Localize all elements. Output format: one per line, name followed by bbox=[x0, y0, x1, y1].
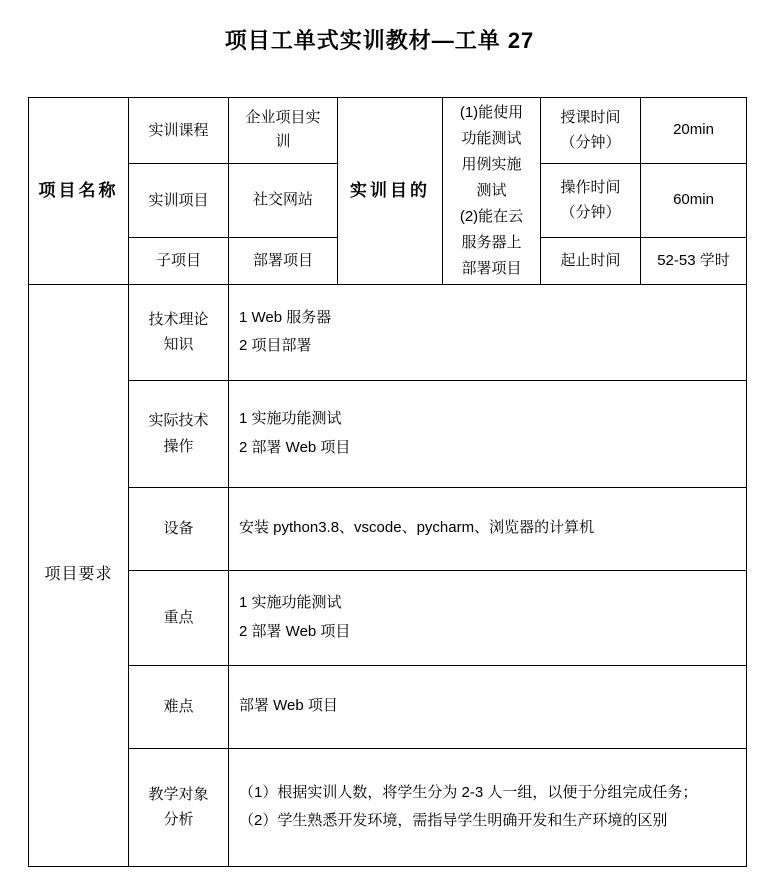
practice-label-cell: 实际技术 操作 bbox=[129, 380, 229, 487]
requirements-header-cell: 项目要求 bbox=[29, 284, 129, 866]
audience-label-cell: 教学对象 分析 bbox=[129, 748, 229, 866]
teach-time-value-cell: 20min bbox=[641, 98, 747, 164]
difficulty-label-cell: 难点 bbox=[129, 665, 229, 748]
equipment-label-cell: 设备 bbox=[129, 487, 229, 570]
difficulty-value-cell: 部署 Web 项目 bbox=[229, 665, 747, 748]
equipment-value-cell: 安装 python3.8、vscode、pycharm、浏览器的计算机 bbox=[229, 487, 747, 570]
course-label-cell: 实训课程 bbox=[129, 98, 229, 164]
subproject-value-cell: 部署项目 bbox=[229, 237, 338, 284]
project-label-cell: 实训项目 bbox=[129, 163, 229, 237]
operate-time-value-cell: 60min bbox=[641, 163, 747, 237]
operate-time-label-cell: 操作时间 （分钟） bbox=[541, 163, 641, 237]
subproject-label-cell: 子项目 bbox=[129, 237, 229, 284]
theory-value-cell: 1 Web 服务器 2 项目部署 bbox=[229, 284, 747, 380]
theory-label-cell: 技术理论 知识 bbox=[129, 284, 229, 380]
audience-value-cell: （1）根据实训人数，将学生分为 2-3 人一组，以便于分组完成任务； （2）学生… bbox=[229, 748, 747, 866]
requirements-row-keypoints: 重点 1 实施功能测试 2 部署 Web 项目 bbox=[29, 570, 747, 665]
project-value-cell: 社交网站 bbox=[229, 163, 338, 237]
period-value-cell: 52-53 学时 bbox=[641, 237, 747, 284]
document-page: 项目工单式实训教材—工单 27 项目名称 实训课程 企业项目实 训 实训目的 (… bbox=[0, 0, 759, 880]
project-name-header-cell: 项目名称 bbox=[29, 98, 129, 285]
requirements-row-audience: 教学对象 分析 （1）根据实训人数，将学生分为 2-3 人一组，以便于分组完成任… bbox=[29, 748, 747, 866]
worksheet-table: 项目名称 实训课程 企业项目实 训 实训目的 (1)能使用 功能测试 用例实施 … bbox=[28, 97, 747, 867]
objective-label-cell: 实训目的 bbox=[338, 98, 443, 285]
requirements-row-theory: 项目要求 技术理论 知识 1 Web 服务器 2 项目部署 bbox=[29, 284, 747, 380]
requirements-row-equipment: 设备 安装 python3.8、vscode、pycharm、浏览器的计算机 bbox=[29, 487, 747, 570]
requirements-row-difficulty: 难点 部署 Web 项目 bbox=[29, 665, 747, 748]
page-title: 项目工单式实训教材—工单 27 bbox=[0, 25, 759, 57]
objective-text-cell: (1)能使用 功能测试 用例实施 测试 (2)能在云 服务器上 部署项目 bbox=[443, 98, 541, 285]
practice-value-cell: 1 实施功能测试 2 部署 Web 项目 bbox=[229, 380, 747, 487]
course-value-cell: 企业项目实 训 bbox=[229, 98, 338, 164]
period-label-cell: 起止时间 bbox=[541, 237, 641, 284]
header-row-1: 项目名称 实训课程 企业项目实 训 实训目的 (1)能使用 功能测试 用例实施 … bbox=[29, 98, 747, 164]
teach-time-label-cell: 授课时间 （分钟） bbox=[541, 98, 641, 164]
requirements-row-practice: 实际技术 操作 1 实施功能测试 2 部署 Web 项目 bbox=[29, 380, 747, 487]
keypoints-label-cell: 重点 bbox=[129, 570, 229, 665]
keypoints-value-cell: 1 实施功能测试 2 部署 Web 项目 bbox=[229, 570, 747, 665]
